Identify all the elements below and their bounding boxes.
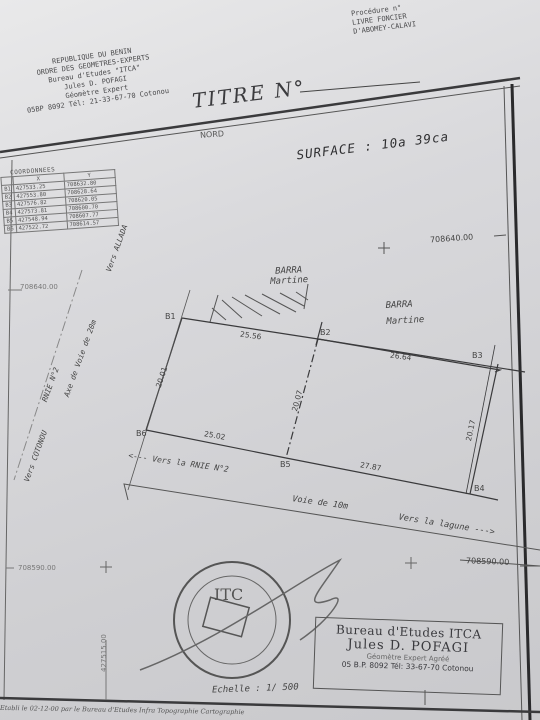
official-seal-icon: ITC bbox=[174, 562, 290, 678]
neighbor-name: BARRA bbox=[385, 299, 423, 311]
grid-label-y-top-left: 708640.00 bbox=[20, 283, 58, 291]
point-id: B6 bbox=[4, 225, 16, 234]
svg-text:ITC: ITC bbox=[214, 585, 243, 604]
point-label-b4: B4 bbox=[474, 484, 485, 493]
surveyor-stamp: Bureau d'Etudes ITCA Jules D. POFAGI Géo… bbox=[313, 617, 503, 696]
point-label-b5: B5 bbox=[280, 460, 291, 469]
neighbor-north: BARRA Martine bbox=[270, 265, 309, 287]
point-label-b3: B3 bbox=[472, 351, 483, 360]
grid-label-y-bottom-right: 708590.00 bbox=[466, 556, 510, 567]
neighbor-firstname: Martine bbox=[270, 275, 308, 287]
north-label: NORD bbox=[200, 129, 225, 140]
point-label-b1: B1 bbox=[165, 312, 176, 321]
grid-label-y-bottom-left: 708590.00 bbox=[18, 564, 56, 572]
coordinates-table: COORDONNEES X Y B1427533.25708632.80 B24… bbox=[0, 162, 119, 234]
neighbor-northeast: BARRA Martine bbox=[385, 299, 424, 327]
point-label-b6: B6 bbox=[136, 429, 147, 438]
neighbor-firstname: Martine bbox=[386, 315, 424, 327]
point-label-b2: B2 bbox=[320, 328, 331, 337]
grid-label-x-bottom: 427515.00 bbox=[100, 634, 108, 672]
